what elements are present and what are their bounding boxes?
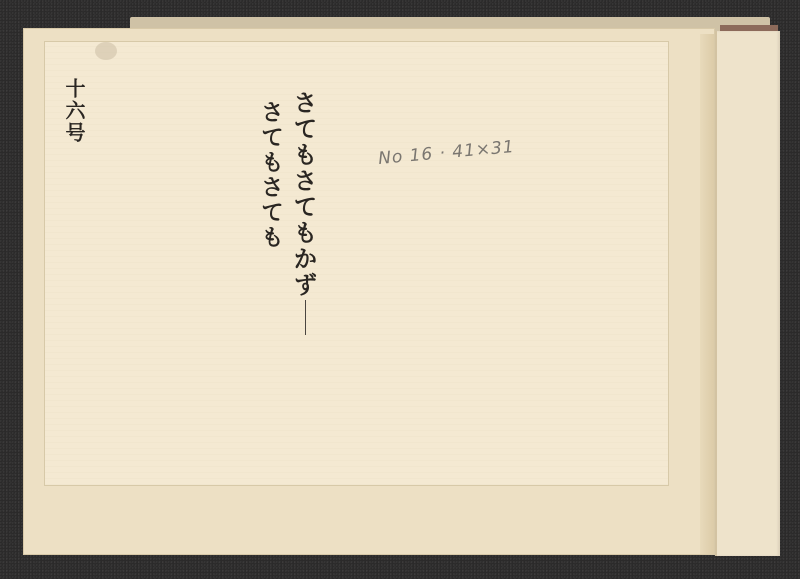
fold-crease bbox=[700, 34, 714, 554]
paper-stain bbox=[95, 42, 117, 60]
calligraphy-column-1: さてもさてもかず bbox=[286, 90, 321, 298]
calligraphy-column-2: さてもさても bbox=[254, 100, 287, 250]
brush-tail-stroke bbox=[305, 300, 306, 335]
folded-flap bbox=[715, 31, 780, 556]
paper-sheet bbox=[45, 42, 668, 485]
left-inscription: 十六号 bbox=[60, 78, 89, 144]
